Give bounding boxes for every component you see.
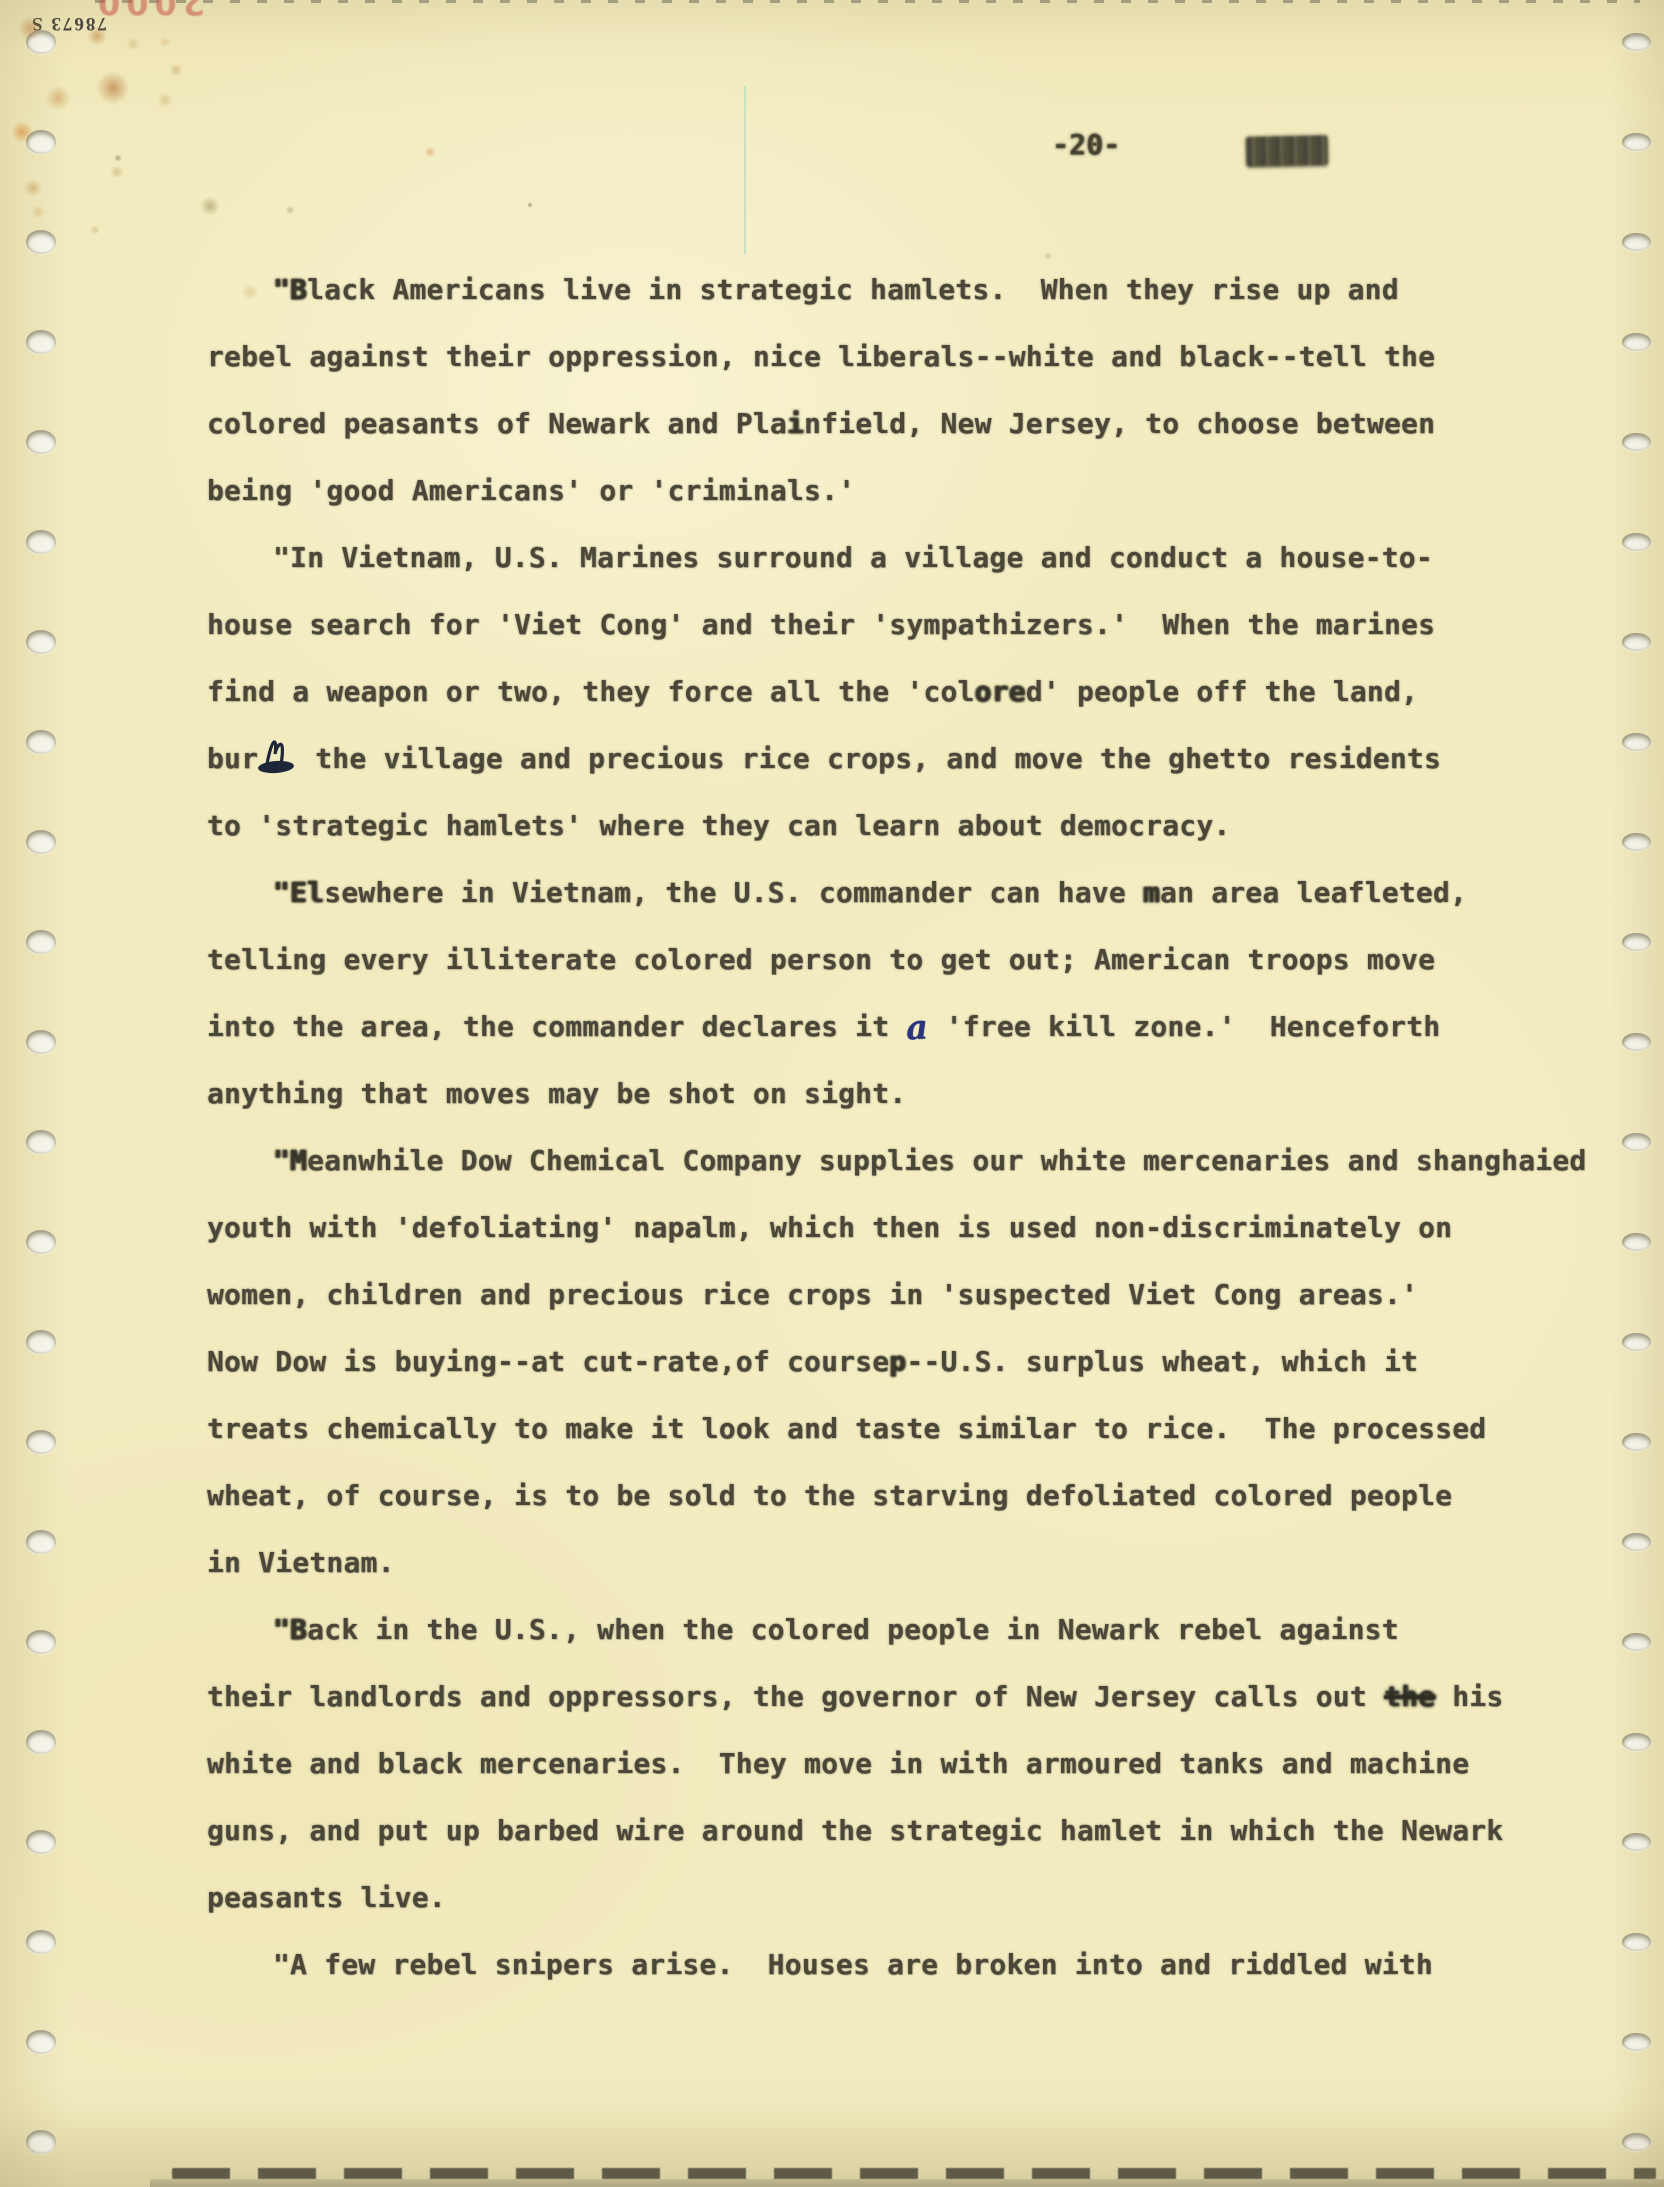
text-line: their landlords and oppressors, the gove…	[207, 1663, 1627, 1730]
punch-hole	[26, 1030, 56, 1054]
paper-stain	[527, 202, 533, 208]
text-line: "A few rebel snipers arise. Houses are b…	[207, 1931, 1627, 1998]
overstruck-stamp	[1246, 135, 1329, 167]
punch-hole	[26, 1830, 56, 1854]
text-line: bur the village and precious rice crops,…	[207, 725, 1627, 792]
text-line: rebel against their oppression, nice lib…	[207, 323, 1627, 390]
punch-hole	[26, 1730, 56, 1754]
punch-hole	[26, 1130, 56, 1154]
punch-hole	[1622, 1933, 1651, 1951]
punch-hole	[1622, 1633, 1651, 1651]
paper-stain	[424, 146, 436, 158]
overstruck-text: "B	[273, 1613, 307, 1646]
typewritten-document-page: 2000 78673 S -20- "Black Americans live …	[0, 0, 1664, 2187]
overstruck-text: p	[889, 1345, 906, 1378]
punch-hole	[1622, 1533, 1651, 1551]
text-line: find a weapon or two, they force all the…	[207, 658, 1627, 725]
paper-stain	[159, 36, 171, 48]
text-line: peasants live.	[207, 1864, 1627, 1931]
punch-hole	[26, 2030, 56, 2054]
scan-top-edge-line	[95, 0, 1640, 3]
page-number: -20-	[1052, 126, 1120, 164]
paper-scratch-line	[744, 86, 746, 254]
punch-hole	[26, 1230, 56, 1254]
text-line: "In Vietnam, U.S. Marines surround a vil…	[207, 524, 1627, 591]
punch-hole	[1622, 1733, 1651, 1751]
paper-stain	[157, 92, 173, 108]
punch-hole	[1622, 433, 1651, 451]
paper-stain	[90, 225, 100, 235]
text-line: in Vietnam.	[207, 1529, 1627, 1596]
paper-stain	[31, 205, 45, 219]
overstruck-text: m	[1143, 876, 1160, 909]
punch-hole	[1622, 1033, 1651, 1051]
typed-text: "Black Americans live in strategic hamle…	[207, 256, 1627, 1998]
paper-stain	[45, 85, 71, 111]
paper-stain	[200, 196, 220, 216]
text-line: anything that moves may be shot on sight…	[207, 1060, 1627, 1127]
punch-hole	[26, 630, 56, 654]
paper-stain	[114, 154, 122, 162]
punch-hole	[26, 930, 56, 954]
overstruck-text: i	[787, 407, 804, 440]
punch-hole	[1622, 733, 1651, 751]
text-line: telling every illiterate colored person …	[207, 926, 1627, 993]
punch-hole	[1622, 1333, 1651, 1351]
punch-hole	[1622, 333, 1651, 351]
struck-out-word: the	[1384, 1680, 1435, 1713]
text-line: white and black mercenaries. They move i…	[207, 1730, 1627, 1797]
top-edge-ghost-print: 2000	[92, 0, 205, 22]
paper-stain	[110, 165, 124, 179]
text-line: house search for 'Viet Cong' and their '…	[207, 591, 1627, 658]
handwritten-letter-a: a	[905, 1010, 929, 1045]
punch-hole	[26, 30, 56, 54]
punch-hole	[26, 730, 56, 754]
scan-bottom-edge-dashes	[172, 2168, 1656, 2179]
text-line: "Elsewhere in Vietnam, the U.S. commande…	[207, 859, 1627, 926]
punch-hole	[1622, 1233, 1651, 1251]
punch-hole	[1622, 2033, 1651, 2051]
text-line: Now Dow is buying--at cut-rate,of course…	[207, 1328, 1627, 1395]
punch-hole	[26, 1930, 56, 1954]
overstruck-text: "M	[273, 1144, 307, 1177]
punch-hole	[1622, 133, 1651, 151]
punch-hole	[26, 130, 56, 154]
text-line: youth with 'defoliating' napalm, which t…	[207, 1194, 1627, 1261]
paper-stain	[96, 71, 130, 105]
punch-hole	[26, 1430, 56, 1454]
punch-hole	[26, 530, 56, 554]
overstruck-text: ore	[975, 675, 1026, 708]
paper-stain	[24, 179, 42, 197]
punch-hole	[1622, 533, 1651, 551]
punch-hole	[1622, 1833, 1651, 1851]
punch-hole	[26, 430, 56, 454]
punch-hole	[26, 1530, 56, 1554]
punch-hole	[1622, 1133, 1651, 1151]
overstruck-text: "El	[273, 876, 324, 909]
punch-hole	[26, 1330, 56, 1354]
text-line: to 'strategic hamlets' where they can le…	[207, 792, 1627, 859]
punch-hole	[1622, 633, 1651, 651]
punch-hole	[1622, 233, 1651, 251]
punch-hole	[26, 1630, 56, 1654]
text-line: "Back in the U.S., when the colored peop…	[207, 1596, 1627, 1663]
handwritten-ink-correction	[257, 732, 297, 772]
punch-hole	[26, 2130, 56, 2154]
text-line: "Black Americans live in strategic hamle…	[207, 256, 1627, 323]
punch-hole	[26, 830, 56, 854]
punch-hole	[26, 230, 56, 254]
text-line: colored peasants of Newark and Plainfiel…	[207, 390, 1627, 457]
text-line: wheat, of course, is to be sold to the s…	[207, 1462, 1627, 1529]
text-line: into the area, the commander declares it…	[207, 993, 1627, 1060]
paper-stain	[285, 205, 295, 215]
text-line: treats chemically to make it look and ta…	[207, 1395, 1627, 1462]
punch-hole	[1622, 933, 1651, 951]
punch-hole	[1622, 33, 1651, 51]
text-line: women, children and precious rice crops …	[207, 1261, 1627, 1328]
text-line: guns, and put up barbed wire around the …	[207, 1797, 1627, 1864]
paper-stain	[169, 63, 183, 77]
punch-hole	[1622, 1433, 1651, 1451]
punch-hole	[1622, 2133, 1651, 2151]
paper-stain	[126, 37, 140, 51]
overstruck-text: "B	[273, 273, 307, 306]
punch-hole	[1622, 833, 1651, 851]
text-line: being 'good Americans' or 'criminals.'	[207, 457, 1627, 524]
text-line: "Meanwhile Dow Chemical Company supplies…	[207, 1127, 1627, 1194]
scan-bottom-edge-band	[150, 2179, 1664, 2187]
punch-hole	[26, 330, 56, 354]
